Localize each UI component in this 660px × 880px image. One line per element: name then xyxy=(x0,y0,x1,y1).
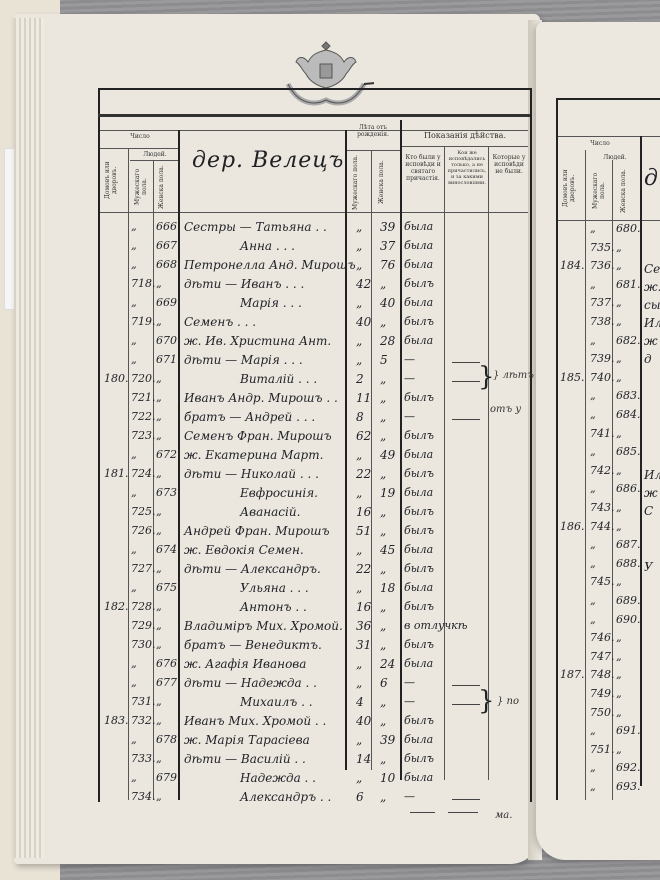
age-female-label: Женска пола. xyxy=(378,154,392,210)
female-number: 680. xyxy=(616,222,641,235)
age-label: Лѣта отъ рожденія. xyxy=(346,124,400,138)
dash-mark xyxy=(448,812,478,813)
confession-label: Показанія дѣйства. xyxy=(402,132,528,139)
confession-status: была xyxy=(404,296,433,309)
confession-status: была xyxy=(404,581,433,594)
male-number: „ xyxy=(131,334,137,347)
male-number: 751. xyxy=(590,743,615,756)
person-name-fragment: Ил xyxy=(644,316,660,330)
confession-status: — xyxy=(404,372,415,385)
dash-mark xyxy=(452,685,480,686)
male-number: 735. xyxy=(590,241,615,254)
male-label: Мужескаго пола. xyxy=(134,164,148,210)
household-number: 181. xyxy=(104,467,129,480)
female-number: 687. xyxy=(616,538,641,551)
person-name-fragment: Ил xyxy=(644,468,660,482)
female-number: „ xyxy=(156,505,162,518)
female-number: „ xyxy=(616,687,622,700)
person-name: ж. Евдокія Семен. xyxy=(184,543,304,557)
male-number: 729. xyxy=(131,619,156,632)
female-number: 668. xyxy=(156,258,181,271)
person-name: Марія . . . xyxy=(240,296,302,310)
female-number: „ xyxy=(156,600,162,613)
village-name: дер. Велецъ xyxy=(192,148,344,173)
age-female: „ xyxy=(380,429,386,443)
age-female: 45 xyxy=(380,543,395,557)
confession-status: былъ xyxy=(404,562,434,575)
male-number: „ xyxy=(590,445,596,458)
female-number: „ xyxy=(156,467,162,480)
male-number: „ xyxy=(131,258,137,271)
age-female: 40 xyxy=(380,296,395,310)
male-number: 728. xyxy=(131,600,156,613)
group-number-label: Число xyxy=(100,133,180,140)
female-number: 674. xyxy=(156,543,181,556)
age-male: „ xyxy=(356,543,362,557)
person-name: Михаилъ . . xyxy=(240,695,313,709)
male-number: „ xyxy=(131,771,137,784)
dash-mark xyxy=(452,419,480,420)
male-number: „ xyxy=(590,724,596,737)
male-number: „ xyxy=(590,408,596,421)
person-name: дѣти — Александръ. xyxy=(184,562,321,576)
age-male: 22 xyxy=(356,467,371,481)
person-name: Сестры — Татьяна . . xyxy=(184,220,327,234)
female-number: „ xyxy=(616,743,622,756)
female-number: 669. xyxy=(156,296,181,309)
female-number: 686. xyxy=(616,482,641,495)
male-number: „ xyxy=(590,222,596,235)
age-male: „ xyxy=(356,676,362,690)
male-number: 743. xyxy=(590,501,615,514)
person-name-fragment: д xyxy=(644,352,652,366)
age-female: „ xyxy=(380,524,386,538)
female-number: „ xyxy=(616,259,622,272)
male-number: „ xyxy=(131,220,137,233)
margin-note: } лѣтъ xyxy=(493,370,534,381)
age-male: „ xyxy=(356,486,362,500)
age-female: 28 xyxy=(380,334,395,348)
confession-status: былъ xyxy=(404,391,434,404)
age-female: 24 xyxy=(380,657,395,671)
female-number: 671. xyxy=(156,353,181,366)
male-label: Мужескаго пола. xyxy=(592,166,606,216)
household-number: 183. xyxy=(104,714,129,727)
female-number: „ xyxy=(156,619,162,632)
female-number: „ xyxy=(616,352,622,365)
confession-status: былъ xyxy=(404,714,434,727)
male-number: 721. xyxy=(131,391,156,404)
female-number: „ xyxy=(156,695,162,708)
confession-status: была xyxy=(404,239,433,252)
confession-status: была xyxy=(404,733,433,746)
header-line xyxy=(400,146,528,147)
person-name-fragment: У xyxy=(644,560,653,574)
age-male: 4 xyxy=(356,695,364,709)
female-number: „ xyxy=(156,790,162,803)
female-number: „ xyxy=(156,714,162,727)
age-male: „ xyxy=(356,353,362,367)
confession-status: была xyxy=(404,258,433,271)
male-number: 746. xyxy=(590,631,615,644)
age-male: „ xyxy=(356,657,362,671)
female-number: 672. xyxy=(156,448,181,461)
person-name: Антонъ . . xyxy=(240,600,307,614)
female-number: 678. xyxy=(156,733,181,746)
age-female: „ xyxy=(380,790,386,804)
person-name: Анна . . . xyxy=(240,239,295,253)
age-female: „ xyxy=(380,562,386,576)
age-female: 49 xyxy=(380,448,395,462)
female-number: „ xyxy=(156,524,162,537)
male-number: „ xyxy=(590,538,596,551)
confession-status: была xyxy=(404,543,433,556)
male-number: 723. xyxy=(131,429,156,442)
male-number: 726. xyxy=(131,524,156,537)
person-name: ж. Агафія Иванова xyxy=(184,657,306,671)
confession-status: была xyxy=(404,486,433,499)
confession-status: былъ xyxy=(404,315,434,328)
persons-label: Людей. xyxy=(590,154,640,161)
header-line xyxy=(100,212,528,213)
female-label: Женска пола. xyxy=(158,164,172,210)
age-female: „ xyxy=(380,638,386,652)
age-female: 76 xyxy=(380,258,395,272)
household-number: 180. xyxy=(104,372,129,385)
female-label: Женска пола. xyxy=(620,166,634,216)
female-number: 692. xyxy=(616,761,641,774)
female-number: 691. xyxy=(616,724,641,737)
male-number: „ xyxy=(590,557,596,570)
age-female: 10 xyxy=(380,771,395,785)
male-number: „ xyxy=(131,353,137,366)
age-female: 39 xyxy=(380,220,395,234)
header-line xyxy=(558,220,660,221)
age-female: „ xyxy=(380,277,386,291)
person-name: ж. Екатерина Март. xyxy=(184,448,323,462)
female-number: „ xyxy=(616,241,622,254)
male-number: 745. xyxy=(590,575,615,588)
male-number: „ xyxy=(131,486,137,499)
age-male: 8 xyxy=(356,410,364,424)
dash-mark xyxy=(452,799,480,800)
age-male: 40 xyxy=(356,714,371,728)
column-divider xyxy=(488,146,489,780)
households-label: Домовъ или дворовъ. xyxy=(562,160,582,216)
male-number: „ xyxy=(131,239,137,252)
female-number: „ xyxy=(156,315,162,328)
male-number: 748. xyxy=(590,668,615,681)
female-number: „ xyxy=(156,277,162,290)
person-name: дѣти — Иванъ . . . xyxy=(184,277,304,291)
person-name: Иванъ Андр. Мирошъ . . xyxy=(184,391,338,405)
not-confessed-label: Которые у исповѣди не были. xyxy=(490,154,528,175)
age-female: „ xyxy=(380,410,386,424)
male-number: 722. xyxy=(131,410,156,423)
confession-status: — xyxy=(404,790,415,803)
male-number: „ xyxy=(590,389,596,402)
age-male: „ xyxy=(356,581,362,595)
male-number: 727. xyxy=(131,562,156,575)
household-number: 182. xyxy=(104,600,129,613)
confession-status: былъ xyxy=(404,524,434,537)
female-number: „ xyxy=(156,391,162,404)
age-male: 51 xyxy=(356,524,371,538)
female-number: „ xyxy=(156,638,162,651)
age-female: 6 xyxy=(380,676,388,690)
age-female: 37 xyxy=(380,239,395,253)
confession-status: — xyxy=(404,695,415,708)
household-number: 185. xyxy=(560,371,585,384)
male-number: 749. xyxy=(590,687,615,700)
male-number: „ xyxy=(590,482,596,495)
header-line xyxy=(345,150,400,151)
confession-status: былъ xyxy=(404,638,434,651)
age-male: „ xyxy=(356,448,362,462)
male-number: 738. xyxy=(590,315,615,328)
female-number: 675. xyxy=(156,581,181,594)
header-line xyxy=(100,148,180,149)
male-number: „ xyxy=(131,733,137,746)
person-name: Александръ . . xyxy=(240,790,331,804)
female-number: „ xyxy=(156,372,162,385)
female-number: „ xyxy=(616,706,622,719)
age-male: 16 xyxy=(356,600,371,614)
male-number: „ xyxy=(590,594,596,607)
female-number: 689. xyxy=(616,594,641,607)
female-number: „ xyxy=(616,520,622,533)
column-divider xyxy=(345,130,347,770)
age-male: 62 xyxy=(356,429,371,443)
age-female: „ xyxy=(380,695,386,709)
male-number: 739. xyxy=(590,352,615,365)
male-number: 724. xyxy=(131,467,156,480)
confession-status: в отлучкѣ xyxy=(404,619,467,632)
male-number: 718. xyxy=(131,277,156,290)
male-number: 733. xyxy=(131,752,156,765)
age-male: 40 xyxy=(356,315,371,329)
male-number: 747. xyxy=(590,650,615,663)
female-number: „ xyxy=(156,752,162,765)
column-divider xyxy=(612,160,613,800)
female-number: 688. xyxy=(616,557,641,570)
male-number: 736. xyxy=(590,259,615,272)
confession-status: была xyxy=(404,334,433,347)
person-name: Аванасій. xyxy=(240,505,300,519)
age-male: 2 xyxy=(356,372,364,386)
age-female: „ xyxy=(380,619,386,633)
female-number: „ xyxy=(616,464,622,477)
male-number: „ xyxy=(590,761,596,774)
age-male: „ xyxy=(356,771,362,785)
column-divider xyxy=(371,150,372,770)
confession-status: — xyxy=(404,676,415,689)
person-name-fragment: ж xyxy=(644,486,658,500)
person-name: дѣти — Марія . . . xyxy=(184,353,303,367)
persons-label: Людей. xyxy=(130,151,180,158)
person-name-fragment: С xyxy=(644,504,653,518)
male-number: 720. xyxy=(131,372,156,385)
age-female: „ xyxy=(380,467,386,481)
male-number: „ xyxy=(590,334,596,347)
dash-mark xyxy=(410,812,435,813)
female-number: 681. xyxy=(616,278,641,291)
village-name-fragment: д xyxy=(644,166,658,191)
age-female: „ xyxy=(380,600,386,614)
female-number: 673. xyxy=(156,486,181,499)
age-female: „ xyxy=(380,391,386,405)
age-female: 39 xyxy=(380,733,395,747)
person-name-fragment: сы xyxy=(644,298,660,312)
households-label: Домовъ или дворовъ. xyxy=(104,152,124,208)
male-number: 719. xyxy=(131,315,156,328)
age-male: „ xyxy=(356,220,362,234)
header-line xyxy=(558,136,660,137)
age-male: 22 xyxy=(356,562,371,576)
age-male: „ xyxy=(356,296,362,310)
male-number: „ xyxy=(131,296,137,309)
age-male: „ xyxy=(356,239,362,253)
person-name: ж. Марія Тарасіева xyxy=(184,733,310,747)
age-male: 16 xyxy=(356,505,371,519)
person-name: Виталій . . . xyxy=(240,372,317,386)
male-number: 725. xyxy=(131,505,156,518)
female-number: 667. xyxy=(156,239,181,252)
confession-status: былъ xyxy=(404,505,434,518)
person-name: Евфросинія. xyxy=(240,486,318,500)
female-number: 690. xyxy=(616,613,641,626)
female-number: 693. xyxy=(616,780,641,793)
margin-note: ма. xyxy=(495,810,512,821)
male-number: „ xyxy=(131,657,137,670)
male-number: „ xyxy=(590,613,596,626)
female-number: „ xyxy=(616,501,622,514)
confession-status: была xyxy=(404,771,433,784)
female-number: „ xyxy=(616,371,622,384)
column-divider xyxy=(400,120,402,780)
female-number: 676. xyxy=(156,657,181,670)
age-female: 18 xyxy=(380,581,395,595)
confession-status: былъ xyxy=(404,467,434,480)
confession-status: — xyxy=(404,410,415,423)
margin-note: } по xyxy=(497,696,519,707)
person-name: ж. Ив. Христина Ант. xyxy=(184,334,331,348)
male-number: 741. xyxy=(590,427,615,440)
age-male: „ xyxy=(356,733,362,747)
female-number: „ xyxy=(616,296,622,309)
column-divider xyxy=(444,146,445,780)
female-number: „ xyxy=(616,631,622,644)
person-name: Ульяна . . . xyxy=(240,581,309,595)
person-name: Иванъ Мих. Хромой . . xyxy=(184,714,326,728)
male-number: „ xyxy=(131,676,137,689)
male-number: 731. xyxy=(131,695,156,708)
header-rule xyxy=(98,114,530,117)
confession-status: былъ xyxy=(404,600,434,613)
male-number: 744. xyxy=(590,520,615,533)
only-confessed-label: Кои же исповѣдались только, а не причаст… xyxy=(446,150,488,186)
female-number: „ xyxy=(616,575,622,588)
female-number: „ xyxy=(156,410,162,423)
age-male: 42 xyxy=(356,277,371,291)
female-number: 677. xyxy=(156,676,181,689)
male-number: 740. xyxy=(590,371,615,384)
female-number: 682. xyxy=(616,334,641,347)
person-name: братъ — Венедиктъ. xyxy=(184,638,322,652)
age-male: 36 xyxy=(356,619,371,633)
column-divider xyxy=(585,150,586,800)
female-number: „ xyxy=(616,315,622,328)
age-male: 14 xyxy=(356,752,371,766)
header-line xyxy=(130,160,180,161)
male-number: „ xyxy=(590,278,596,291)
female-number: 666. xyxy=(156,220,181,233)
confession-status: былъ xyxy=(404,752,434,765)
person-name: Петронелла Анд. Мирошъ xyxy=(184,258,356,272)
dash-mark xyxy=(452,362,480,363)
female-number: 683. xyxy=(616,389,641,402)
female-number: „ xyxy=(156,562,162,575)
confession-status: былъ xyxy=(404,429,434,442)
age-female: 5 xyxy=(380,353,388,367)
confession-status: была xyxy=(404,657,433,670)
age-female: „ xyxy=(380,372,386,386)
dash-mark xyxy=(452,704,480,705)
age-female: „ xyxy=(380,752,386,766)
brace-mark: } xyxy=(478,686,495,716)
household-number: 186. xyxy=(560,520,585,533)
female-number: „ xyxy=(616,668,622,681)
age-female: „ xyxy=(380,505,386,519)
person-name: Владиміръ Мих. Хромой. xyxy=(184,619,343,633)
age-male: „ xyxy=(356,334,362,348)
male-number: „ xyxy=(131,448,137,461)
person-name: дѣти — Николай . . . xyxy=(184,467,319,481)
age-male: 31 xyxy=(356,638,371,652)
age-male: „ xyxy=(356,258,362,272)
person-name-fragment: Се xyxy=(644,262,660,276)
confessed-label: Кто были у исповѣди и святаго причастія. xyxy=(402,154,444,182)
person-name: Андрей Фран. Мирошъ xyxy=(184,524,330,538)
person-name: дѣти — Надежда . . xyxy=(184,676,317,690)
confession-status: былъ xyxy=(404,277,434,290)
age-female: „ xyxy=(380,714,386,728)
confession-status: была xyxy=(404,220,433,233)
dash-mark xyxy=(452,381,480,382)
age-female: 19 xyxy=(380,486,395,500)
male-number: „ xyxy=(131,581,137,594)
female-number: 685. xyxy=(616,445,641,458)
household-number: 184. xyxy=(560,259,585,272)
person-name: Семенъ Фран. Мирошъ xyxy=(184,429,332,443)
male-number: 730. xyxy=(131,638,156,651)
female-number: 670. xyxy=(156,334,181,347)
female-number: „ xyxy=(616,427,622,440)
male-number: 742. xyxy=(590,464,615,477)
male-number: 734. xyxy=(131,790,156,803)
person-name: Семенъ . . . xyxy=(184,315,256,329)
confession-status: — xyxy=(404,353,415,366)
age-male: 11 xyxy=(356,391,371,405)
male-number: 732. xyxy=(131,714,156,727)
female-number: „ xyxy=(616,650,622,663)
female-number: 679. xyxy=(156,771,181,784)
person-name: Надежда . . xyxy=(240,771,316,785)
margin-note: отъ у xyxy=(490,404,521,415)
person-name-fragment: ж xyxy=(644,334,658,348)
group-number-label: Число xyxy=(560,140,640,147)
person-name: дѣти — Василій . . xyxy=(184,752,306,766)
